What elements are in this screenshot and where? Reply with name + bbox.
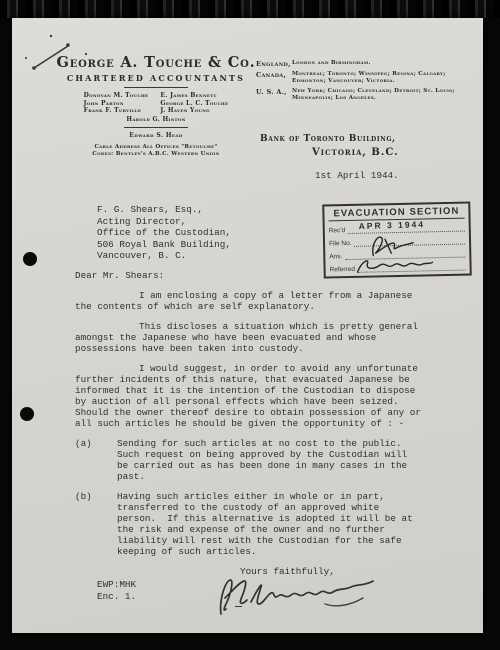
pen-dash-mark [235, 606, 242, 607]
partner-list: Donovan M. Touche John Parton Frank F. T… [34, 92, 278, 115]
recipient-line: Vancouver, B. C. [97, 250, 231, 262]
hole-punch-bottom [20, 407, 34, 421]
stamp-ans-label: Ans. [329, 253, 345, 260]
partner-name: J. Haven Young [160, 107, 228, 115]
letterhead-rule [124, 127, 188, 128]
handwritten-signature [213, 570, 383, 622]
sender-address: Bank of Toronto Building, Victoria, B.C. [260, 134, 399, 158]
letter-date: 1st April 1944. [315, 170, 399, 181]
cable-address-line: Cable Address All Offices "Retouche" [34, 144, 278, 152]
paragraph-3: I would suggest, in order to avoid any u… [75, 363, 431, 429]
film-strip-top-band [0, 0, 500, 18]
office-region: England, [256, 60, 292, 68]
list-item-a: (a) Sending for such articles at no cost… [75, 438, 457, 482]
partner-name: Donovan M. Touche [84, 92, 149, 100]
list-label-b: (b) [75, 491, 117, 557]
recipient-line: Office of the Custodian, [97, 227, 231, 239]
recipient-line: Acting Director, [97, 216, 231, 228]
list-label-a: (a) [75, 438, 117, 482]
salutation: Dear Mr. Shears: [75, 270, 457, 281]
partner-column-left: Donovan M. Touche John Parton Frank F. T… [84, 92, 149, 115]
partner-name-center: Harold G. Hinton [34, 116, 278, 123]
recipient-address: F. G. Shears, Esq., Acting Director, Off… [97, 204, 231, 262]
list-item-b: (b) Having such articles either in whole… [75, 491, 457, 557]
codes-line: Codes: Bentley's A.B.C. Western Union [34, 151, 278, 159]
office-cities: London and Birmingham. [292, 60, 474, 68]
office-region: Canada, [256, 71, 292, 85]
partner-name: E. James Bennett [160, 92, 228, 100]
office-row: England, London and Birmingham. [256, 60, 474, 68]
firm-subtitle: CHARTERED ACCOUNTANTS [34, 73, 278, 83]
stamp-received-date: APR 3 1944 [359, 219, 426, 231]
letterhead: George A. Touche & Co. CHARTERED ACCOUNT… [34, 54, 278, 159]
office-row: Canada, Montreal; Toronto; Winnipeg; Reg… [256, 71, 474, 85]
evacuation-section-stamp: EVACUATION SECTION Rec'd File No. Ans. R… [322, 201, 472, 278]
office-cities: New York; Chicago; Cleveland; Detroit; S… [292, 88, 474, 102]
typist-initials: EWP:MHK [97, 579, 136, 591]
recipient-line: F. G. Shears, Esq., [97, 204, 231, 216]
closing-block: Yours faithfully, EWP:MHK Enc. 1. [75, 566, 457, 628]
list-text-a: Sending for such articles at no cost to … [117, 438, 413, 482]
office-row: U. S. A., New York; Chicago; Cleveland; … [256, 88, 474, 102]
paragraph-2: This discloses a situation which is pret… [75, 321, 431, 354]
partner-name: George L. C. Touche [160, 100, 228, 108]
manager-name: Edward S. Head [34, 132, 278, 139]
firm-name: George A. Touche & Co. [34, 54, 278, 71]
enclosure-note: Enc. 1. [97, 591, 136, 603]
letter-page: George A. Touche & Co. CHARTERED ACCOUNT… [12, 18, 483, 633]
stamp-recd-label: Rec'd [329, 227, 349, 234]
stamp-file-label: File No. [329, 240, 355, 248]
paragraph-1: I am enclosing a copy of a letter from a… [75, 290, 431, 312]
partner-name: John Parton [84, 100, 149, 108]
reference-block: EWP:MHK Enc. 1. [97, 579, 136, 602]
letter-body: Dear Mr. Shears: I am enclosing a copy o… [75, 270, 457, 628]
sender-address-line2: Victoria, B.C. [312, 147, 399, 158]
sender-address-line1: Bank of Toronto Building, [260, 134, 399, 144]
office-region: U. S. A., [256, 88, 292, 102]
partner-column-right: E. James Bennett George L. C. Touche J. … [160, 92, 228, 115]
recipient-line: 506 Royal Bank Building, [97, 239, 231, 251]
hole-punch-top [23, 252, 37, 266]
letterhead-rule [124, 87, 188, 88]
list-text-b: Having such articles either in whole or … [117, 491, 413, 557]
offices-list: England, London and Birmingham. Canada, … [256, 60, 474, 105]
partner-name: Frank F. Turville [84, 107, 149, 115]
office-cities: Montreal; Toronto; Winnipeg; Regina; Cal… [292, 71, 474, 85]
